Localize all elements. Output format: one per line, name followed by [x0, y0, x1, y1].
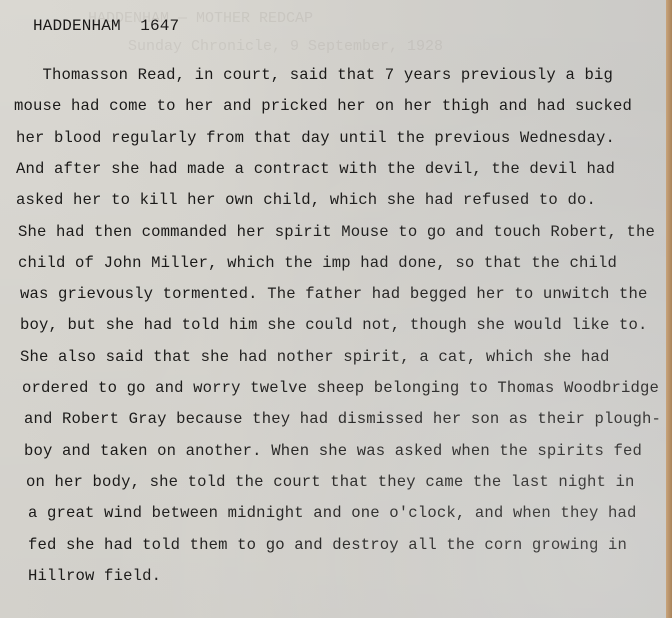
body-line: boy, but she had told him she could not,… [20, 316, 648, 334]
desk-edge [666, 0, 672, 618]
body-line: a great wind between midnight and one o'… [28, 504, 637, 522]
body-line: Thomasson Read, in court, said that 7 ye… [14, 66, 613, 84]
body-line: ordered to go and worry twelve sheep bel… [22, 379, 659, 397]
body-line: on her body, she told the court that the… [26, 473, 635, 491]
body-line: She also said that she had nother spirit… [20, 348, 609, 366]
body-line: She had then commanded her spirit Mouse … [18, 223, 655, 241]
body-line: asked her to kill her own child, which s… [16, 191, 596, 209]
body-line: child of John Miller, which the imp had … [18, 254, 617, 272]
body-line: her blood regularly from that day until … [16, 129, 615, 147]
body-line: was grievously tormented. The father had… [20, 285, 648, 303]
body-line: mouse had come to her and pricked her on… [14, 97, 632, 115]
show-through-subtitle: Sunday Chronicle, 9 September, 1928 [128, 38, 443, 55]
body-line: Hillrow field. [28, 567, 161, 585]
document-heading: HADDENHAM 1647 [33, 17, 179, 35]
body-line: boy and taken on another. When she was a… [24, 442, 642, 460]
body-line: and Robert Gray because they had dismiss… [24, 410, 661, 428]
body-line: fed she had told them to go and destroy … [28, 536, 627, 554]
typewritten-page: HADDENHAM — MOTHER REDCAP Sunday Chronic… [0, 0, 666, 618]
body-line: And after she had made a contract with t… [16, 160, 615, 178]
